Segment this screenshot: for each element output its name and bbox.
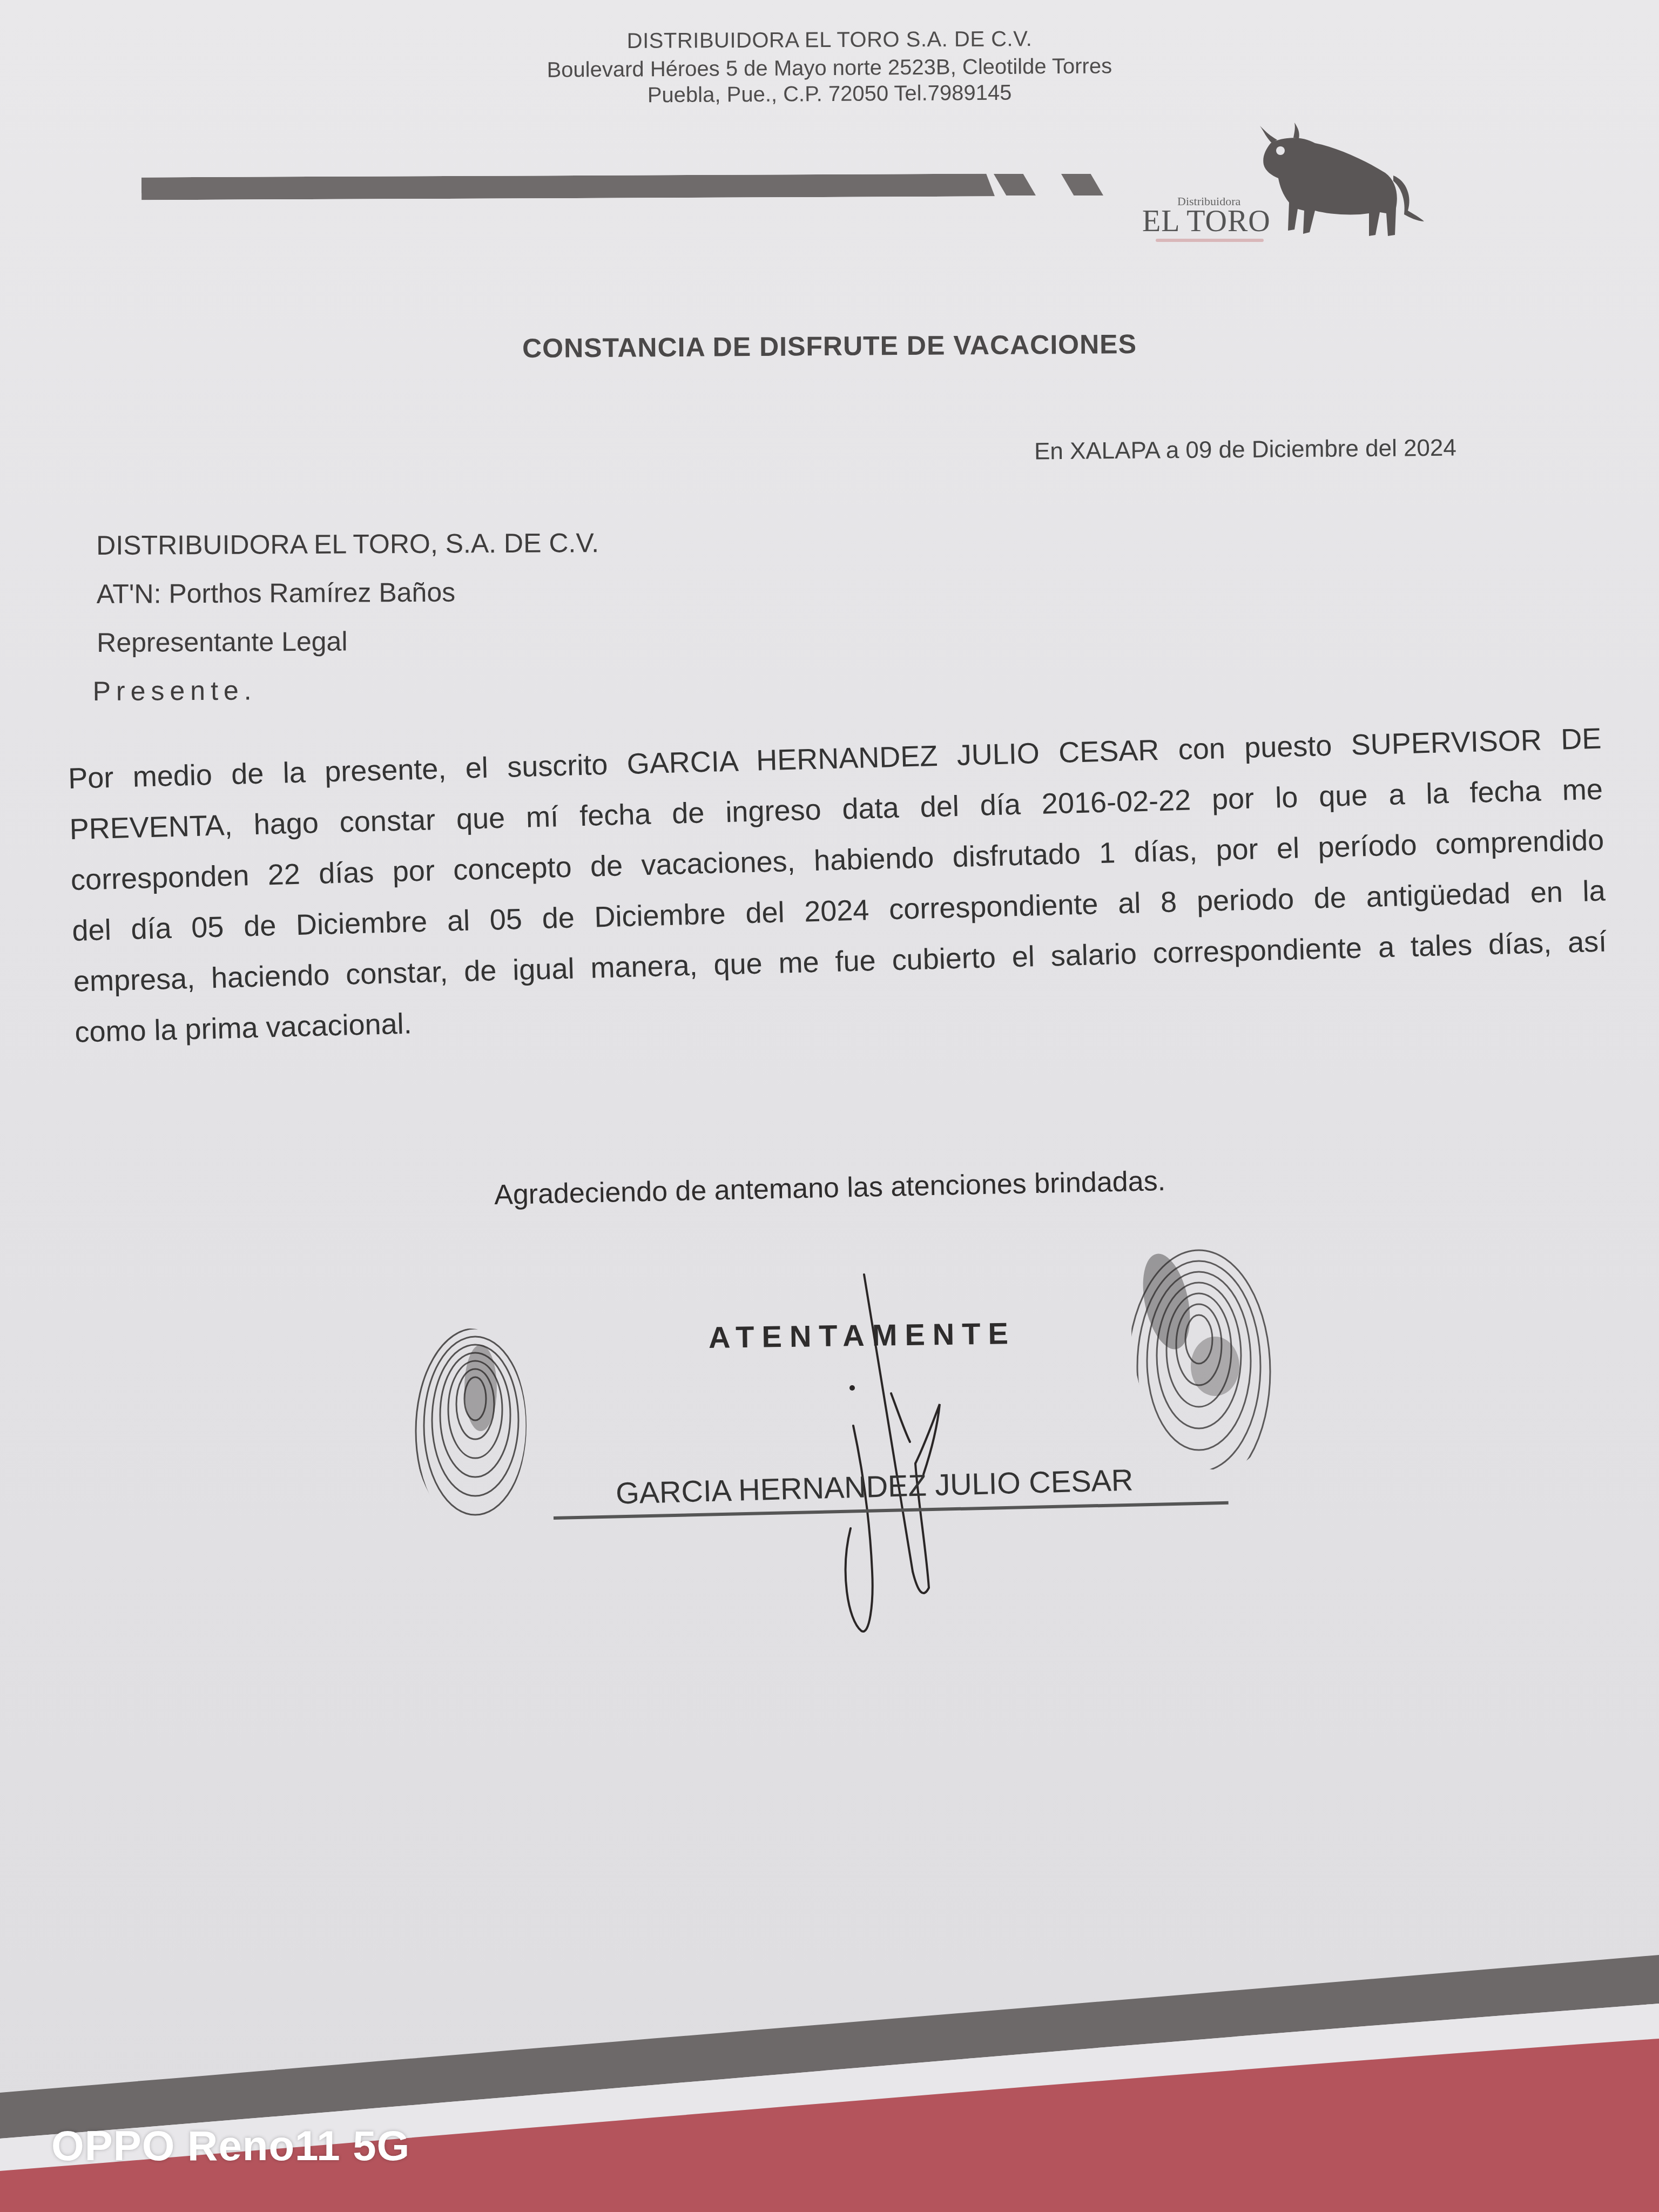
logo-main-text: EL TORO xyxy=(1142,204,1271,239)
fingerprint-left-icon xyxy=(389,1318,551,1534)
letterhead-address: Boulevard Héroes 5 de Mayo norte 2523B, … xyxy=(0,49,1659,112)
camera-watermark: OPPO Reno11 5G xyxy=(51,2121,410,2170)
body-paragraph: Por medio de la presente, el suscrito GA… xyxy=(68,713,1609,1058)
addressee-company: DISTRIBUIDORA EL TORO, S.A. DE C.V. xyxy=(96,518,599,570)
addressee-block: DISTRIBUIDORA EL TORO, S.A. DE C.V. AT'N… xyxy=(96,518,600,716)
handwritten-signature-icon xyxy=(810,1269,1015,1647)
place-date: En XALAPA a 09 de Diciembre del 2024 xyxy=(1034,435,1456,466)
header-slash-1 xyxy=(994,174,1036,195)
closing-text: Agradeciendo de antemano las atenciones … xyxy=(494,1165,1166,1211)
addressee-presente: Presente. xyxy=(92,664,599,716)
header-decorative-bar xyxy=(141,174,995,200)
document-title: CONSTANCIA DE DISFRUTE DE VACACIONES xyxy=(0,325,1659,367)
document-page: DISTRIBUIDORA EL TORO S.A. DE C.V. Boule… xyxy=(0,0,1659,2212)
fingerprint-right-icon xyxy=(1102,1231,1318,1491)
header-slash-2 xyxy=(1061,174,1103,195)
addressee-attention: AT'N: Porthos Ramírez Baños xyxy=(96,567,599,618)
footer-decorative-band xyxy=(0,1944,1659,2212)
company-logo: Distribuidora EL TORO xyxy=(1139,119,1431,248)
logo-tagline xyxy=(1156,239,1264,242)
addressee-role: Representante Legal xyxy=(97,616,599,667)
signatory-name: GARCIA HERNANDEZ JULIO CESAR xyxy=(615,1462,1134,1510)
